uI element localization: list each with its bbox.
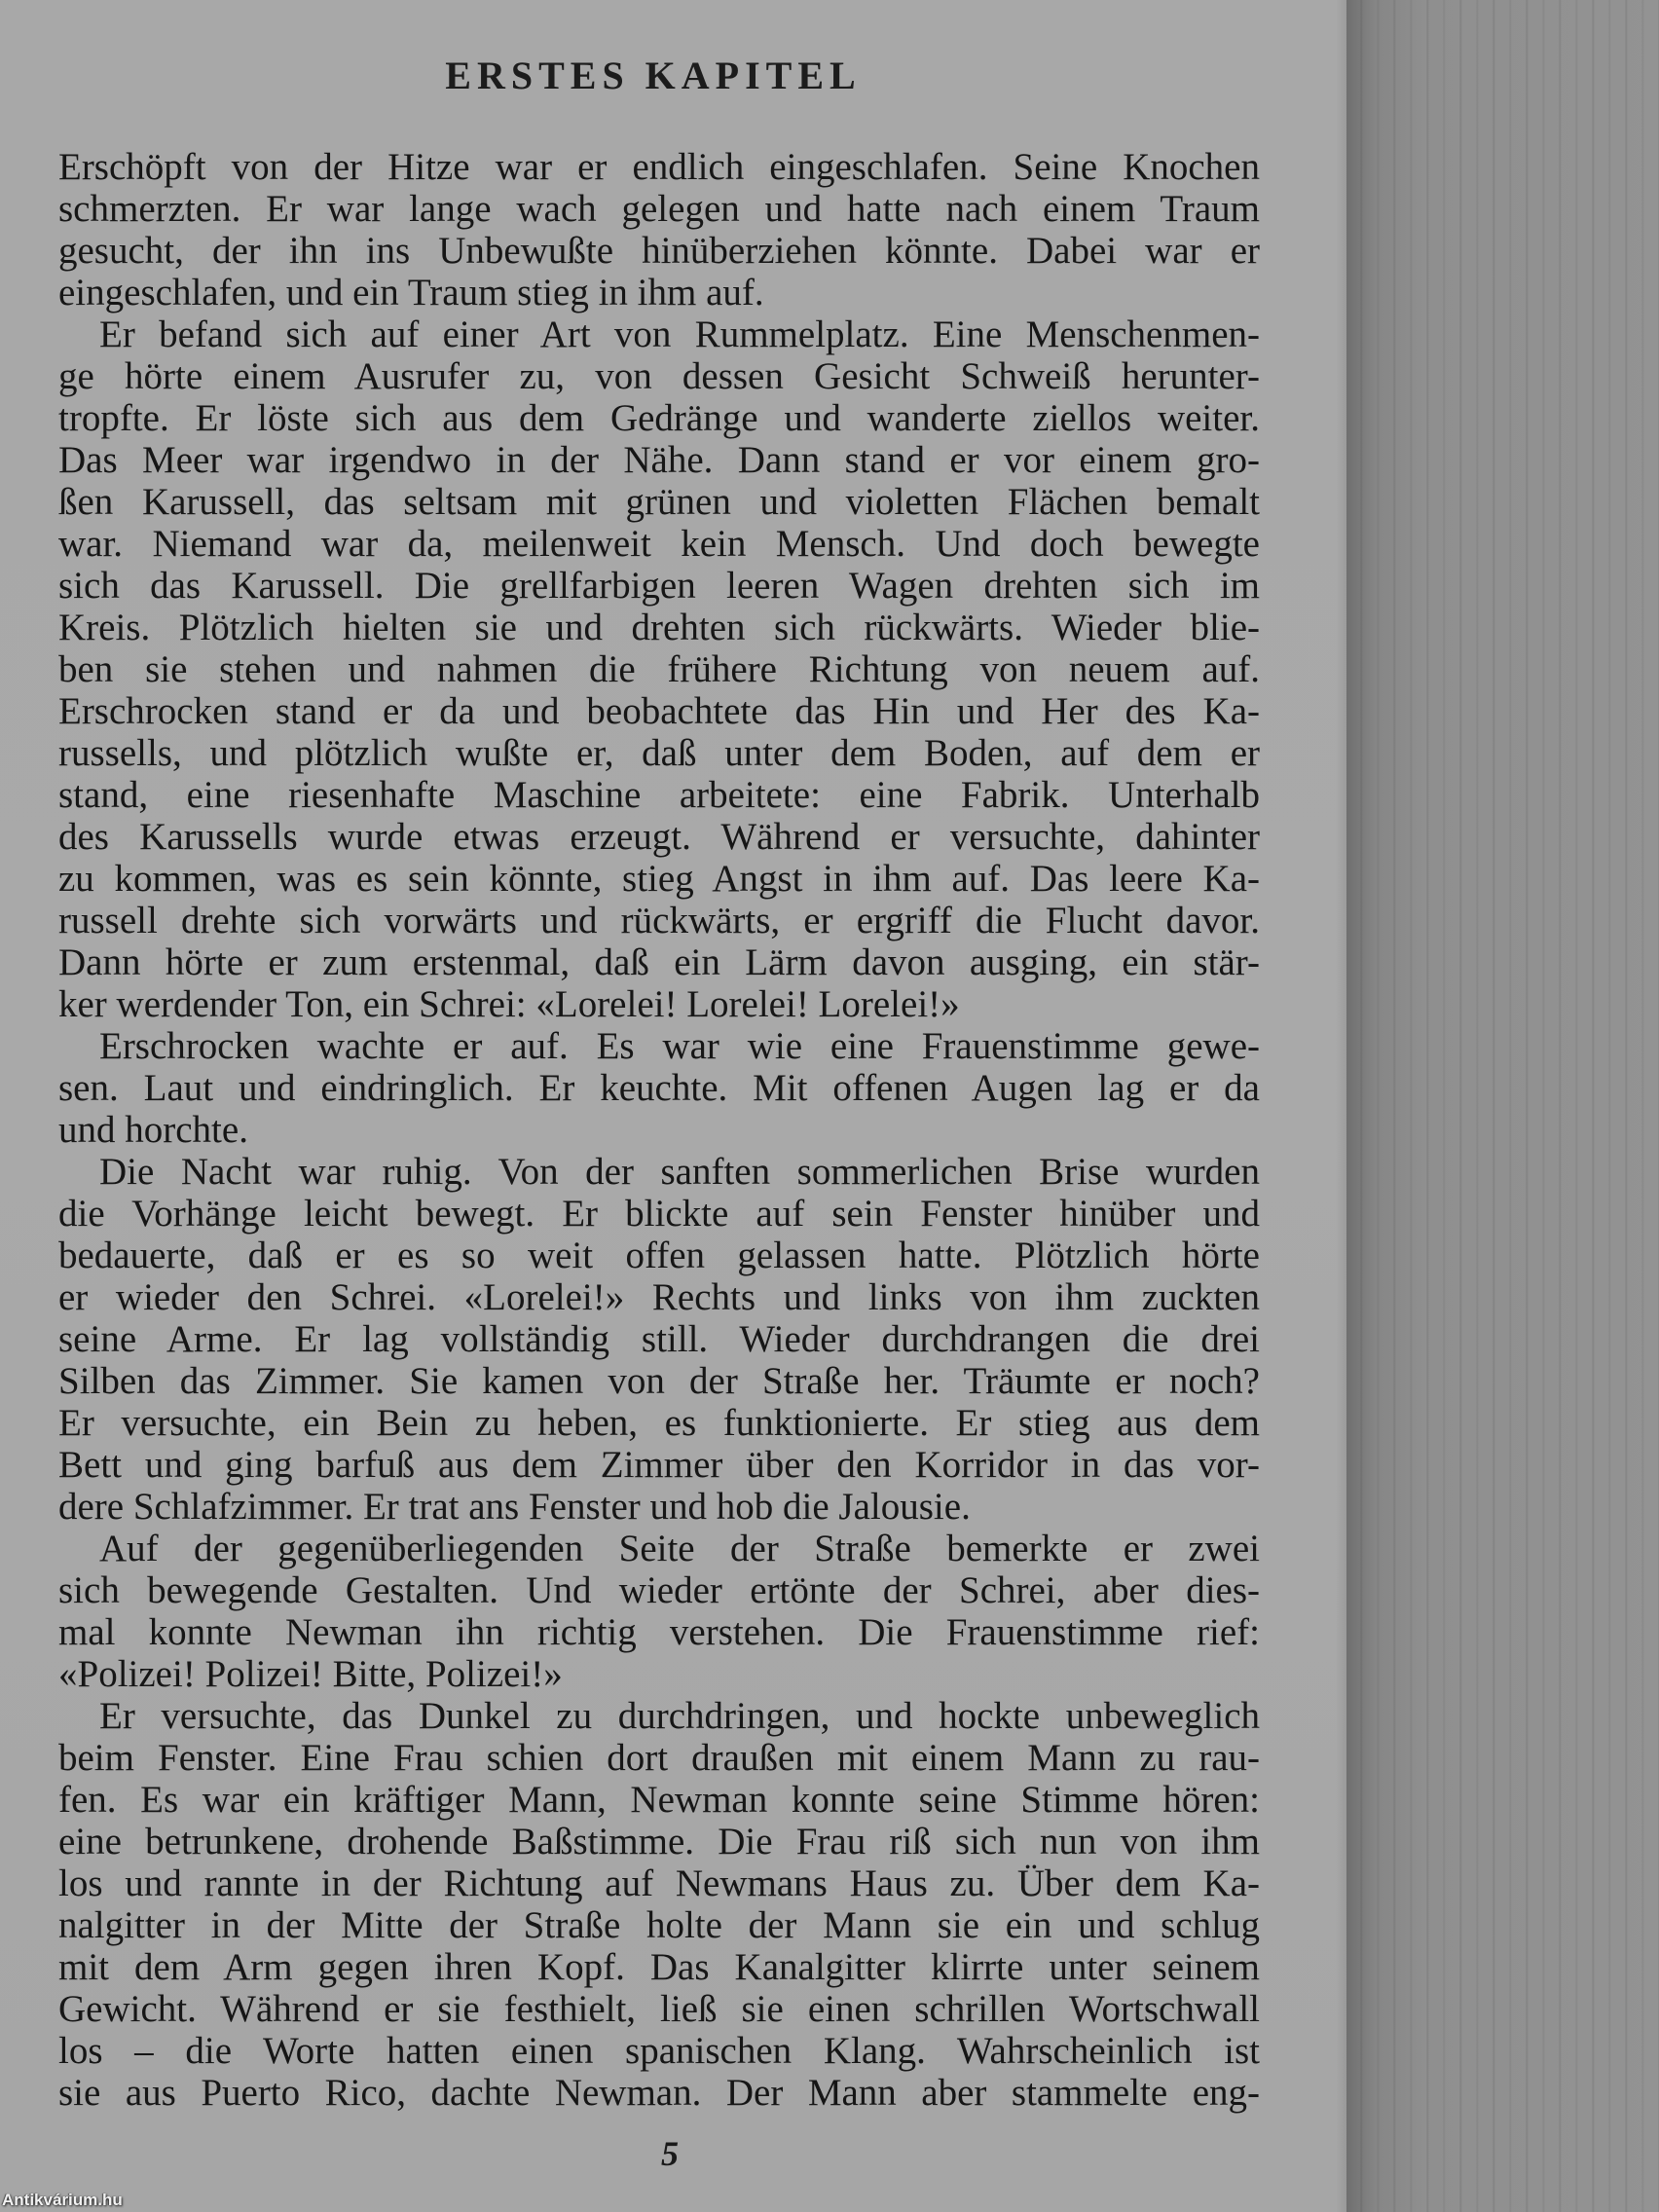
page-edge-shadow (1336, 0, 1346, 2212)
wooden-surface-background (1346, 0, 1659, 2212)
text-line: mit dem Arm gegen ihren Kopf. Das Kanalg… (58, 1946, 1260, 1988)
text-line: eine betrunkene, drohende Baßstimme. Die… (58, 1821, 1260, 1862)
text-line: war. Niemand war da, meilenweit kein Men… (58, 523, 1260, 565)
chapter-body-text: Erschöpft von der Hitze war er endlich e… (58, 146, 1260, 2114)
text-line: Erschrocken wachte er auf. Es war wie ei… (58, 1025, 1260, 1067)
text-line: des Karussells wurde etwas erzeugt. Währ… (58, 816, 1260, 858)
text-line: sich bewegende Gestalten. Und wieder ert… (58, 1569, 1260, 1611)
text-line: eingeschlafen, und ein Traum stieg in ih… (58, 272, 1260, 313)
text-line: Bett und ging barfuß aus dem Zimmer über… (58, 1444, 1260, 1486)
text-line: los – die Worte hatten einen spanischen … (58, 2030, 1260, 2072)
text-line: Er versuchte, ein Bein zu heben, es funk… (58, 1402, 1260, 1444)
chapter-heading: ERSTES KAPITEL (430, 55, 876, 97)
text-line: gesucht, der ihn ins Unbewußte hinüberzi… (58, 230, 1260, 272)
text-line: los und rannte in der Richtung auf Newma… (58, 1862, 1260, 1904)
text-line: Silben das Zimmer. Sie kamen von der Str… (58, 1360, 1260, 1402)
text-line: zu kommen, was es sein könnte, stieg Ang… (58, 858, 1260, 900)
page-number: 5 (650, 2134, 689, 2173)
text-line: ge hörte einem Ausrufer zu, von dessen G… (58, 355, 1260, 397)
text-line: Er befand sich auf einer Art von Rummelp… (58, 313, 1260, 355)
text-line: beim Fenster. Eine Frau schien dort drau… (58, 1737, 1260, 1779)
text-line: Er versuchte, das Dunkel zu durchdringen… (58, 1695, 1260, 1737)
text-line: Die Nacht war ruhig. Von der sanften som… (58, 1151, 1260, 1193)
text-line: russell drehte sich vorwärts und rückwär… (58, 900, 1260, 941)
text-line: sie aus Puerto Rico, dachte Newman. Der … (58, 2072, 1260, 2114)
text-line: ker werdender Ton, ein Schrei: «Lorelei!… (58, 983, 1260, 1025)
text-line: ben sie stehen und nahmen die frühere Ri… (58, 648, 1260, 690)
text-line: Dann hörte er zum erstenmal, daß ein Lär… (58, 941, 1260, 983)
text-line: tropfte. Er löste sich aus dem Gedränge … (58, 397, 1260, 439)
text-line: Gewicht. Während er sie festhielt, ließ … (58, 1988, 1260, 2030)
text-line: bedauerte, daß er es so weit offen gelas… (58, 1235, 1260, 1276)
text-line: Das Meer war irgendwo in der Nähe. Dann … (58, 439, 1260, 481)
text-line: fen. Es war ein kräftiger Mann, Newman k… (58, 1779, 1260, 1821)
text-line: dere Schlafzimmer. Er trat ans Fenster u… (58, 1486, 1260, 1528)
text-line: sich das Karussell. Die grellfarbigen le… (58, 565, 1260, 607)
text-line: sen. Laut und eindringlich. Er keuchte. … (58, 1067, 1260, 1109)
text-line: Erschöpft von der Hitze war er endlich e… (58, 146, 1260, 188)
source-watermark: Antikvárium.hu (2, 2190, 123, 2211)
text-line: die Vorhänge leicht bewegt. Er blickte a… (58, 1193, 1260, 1235)
text-line: mal konnte Newman ihn richtig verstehen.… (58, 1611, 1260, 1653)
text-line: Auf der gegenüberliegenden Seite der Str… (58, 1528, 1260, 1569)
text-line: stand, eine riesenhafte Maschine arbeite… (58, 774, 1260, 816)
text-line: Erschrocken stand er da und beobachtete … (58, 690, 1260, 732)
text-line: russells, und plötzlich wußte er, daß un… (58, 732, 1260, 774)
text-line: schmerzten. Er war lange wach gelegen un… (58, 188, 1260, 230)
text-line: Kreis. Plötzlich hielten sie und drehten… (58, 607, 1260, 648)
text-line: nalgitter in der Mitte der Straße holte … (58, 1904, 1260, 1946)
text-line: er wieder den Schrei. «Lorelei!» Rechts … (58, 1276, 1260, 1318)
text-line: und horchte. (58, 1109, 1260, 1151)
book-page: ERSTES KAPITEL Erschöpft von der Hitze w… (0, 0, 1346, 2212)
text-line: seine Arme. Er lag vollständig still. Wi… (58, 1318, 1260, 1360)
text-line: «Polizei! Polizei! Bitte, Polizei!» (58, 1653, 1260, 1695)
text-line: ßen Karussell, das seltsam mit grünen un… (58, 481, 1260, 523)
